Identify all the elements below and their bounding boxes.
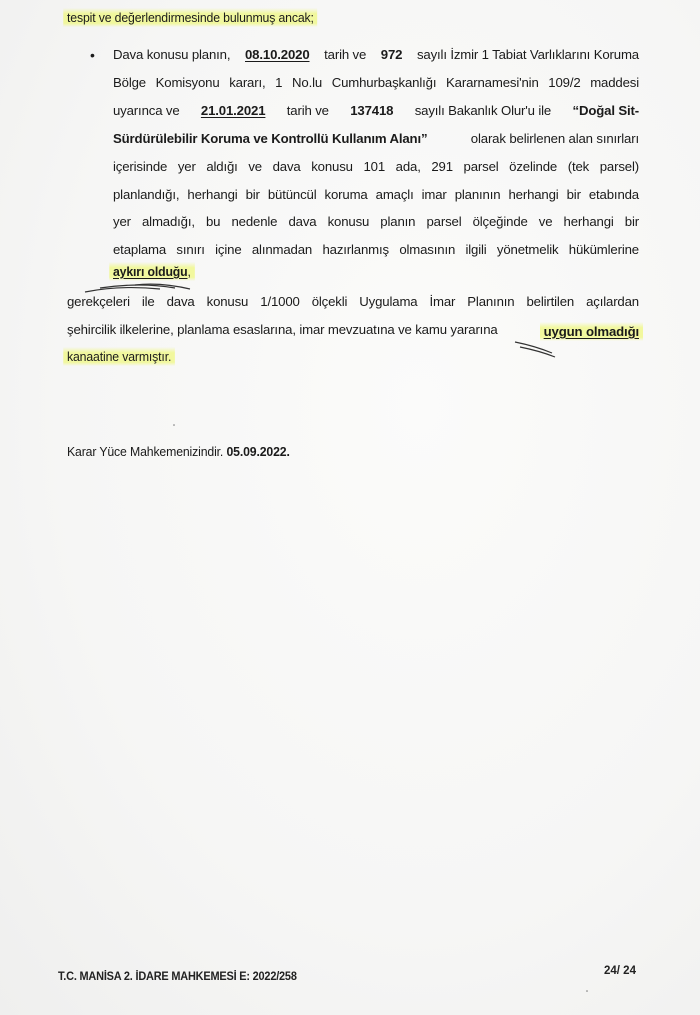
- pen-marks: [0, 0, 700, 1015]
- speck: [586, 990, 588, 992]
- speck: [173, 424, 175, 426]
- document-page: tespit ve değerlendirmesinde bulunmuş an…: [0, 0, 700, 1015]
- pen-stroke: [85, 288, 160, 292]
